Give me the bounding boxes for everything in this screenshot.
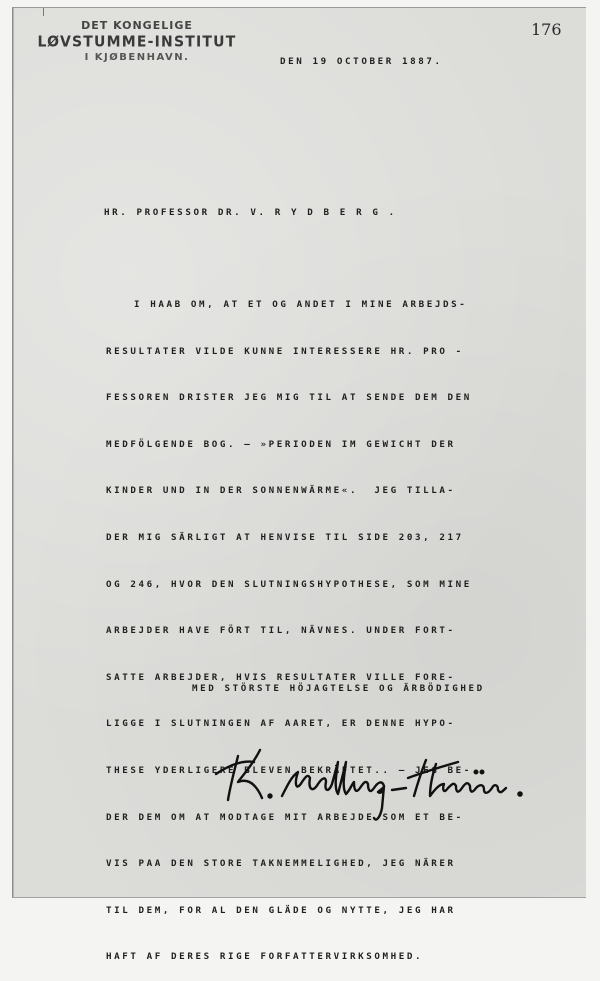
body-line: OG 246, HVOR DEN SLUTNINGSHYPOTHESE, SOM… [106, 573, 472, 598]
body-line: FESSOREN DRISTER JEG MIG TIL AT SENDE DE… [106, 386, 472, 411]
body-line: RESULTATER VILDE KUNNE INTERESSERE HR. P… [106, 340, 472, 365]
body-line: DER MIG SÄRLIGT AT HENVISE TIL SIDE 203,… [106, 526, 472, 551]
letterhead-line-3: I KJØBENHAVN. [37, 51, 237, 65]
letter-date: DEN 19 OCTOBER 1887. [280, 56, 443, 67]
body-line: TIL DEM, FOR AL DEN GLÄDE OG NYTTE, JEG … [106, 899, 472, 906]
letterhead-stamp: DET KONGELIGE LØVSTUMME-INSTITUT I KJØBE… [37, 19, 237, 65]
body-line: VIS PAA DEN STORE TAKNEMMELIGHED, JEG NÄ… [106, 852, 472, 877]
addressee: HR. PROFESSOR DR. V. R Y D B E R G . [104, 207, 397, 218]
signature-text: R. Malling-Hansen. [212, 742, 505, 777]
letterhead-line-2: LØVSTUMME-INSTITUT [37, 32, 237, 52]
body-line: ARBEJDER HAVE FÖRT TIL, NÄVNES. UNDER FO… [106, 619, 472, 644]
body-line: KINDER UND IN DER SONNENWÄRME«. JEG TILL… [106, 479, 472, 504]
body-line: I HAAB OM, AT ET OG ANDET I MINE ARBEJDS… [106, 293, 472, 318]
body-line: MEDFÖLGENDE BOG. — »PERIODEN IM GEWICHT … [106, 433, 472, 458]
letterhead-line-1: DET KONGELIGE [37, 19, 237, 33]
page-edge-mark [43, 8, 44, 16]
page-number: 176 [531, 20, 562, 39]
closing-salutation: MED STÖRSTE HÖJAGTELSE OG ÄRBÖDIGHED [192, 683, 485, 694]
